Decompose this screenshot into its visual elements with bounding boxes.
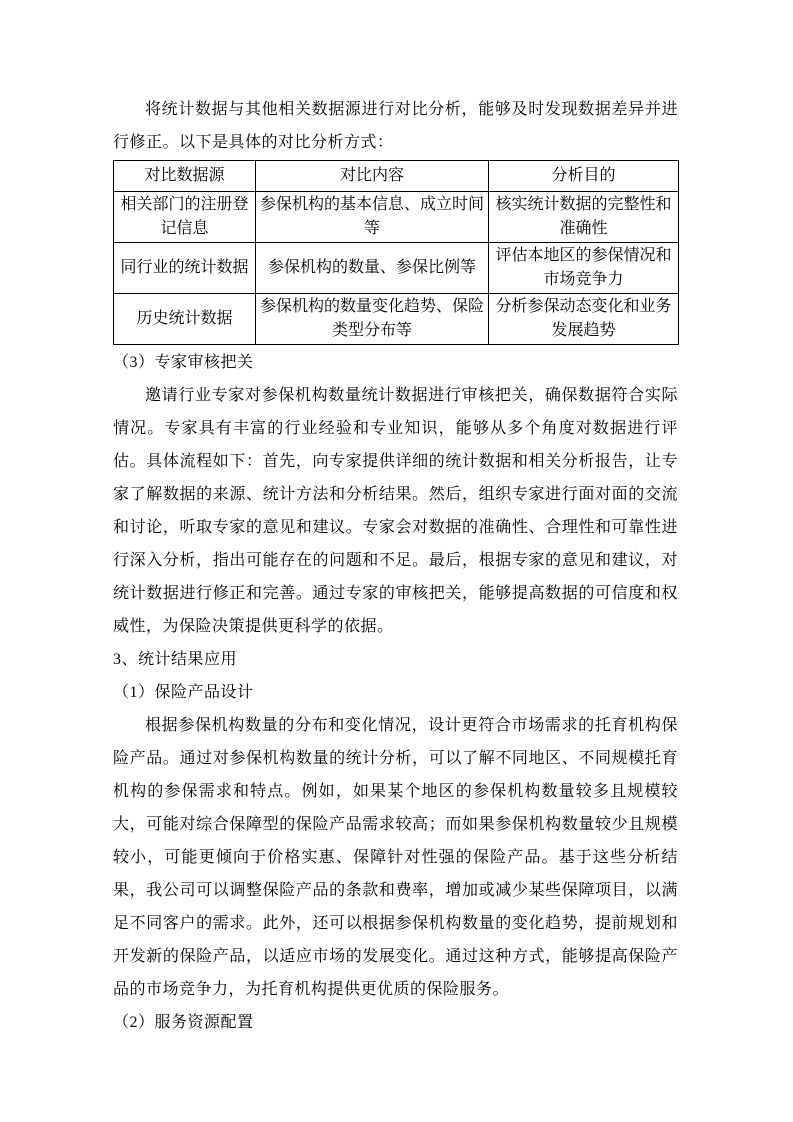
section-heading-product-design: （1）保险产品设计 bbox=[113, 676, 678, 709]
section-heading-expert-review: （3）专家审核把关 bbox=[113, 346, 678, 379]
table-cell: 核实统计数据的完整性和准确性 bbox=[489, 192, 679, 243]
table-cell: 参保机构的数量、参保比例等 bbox=[256, 243, 489, 294]
table-header-content: 对比内容 bbox=[256, 161, 489, 192]
table-cell: 同行业的统计数据 bbox=[114, 243, 256, 294]
table-cell: 相关部门的注册登记信息 bbox=[114, 192, 256, 243]
comparison-table: 对比数据源 对比内容 分析目的 相关部门的注册登记信息 参保机构的基本信息、成立… bbox=[113, 160, 679, 345]
table-cell: 评估本地区的参保情况和市场竞争力 bbox=[489, 243, 679, 294]
table-cell: 分析参保动态变化和业务发展趋势 bbox=[489, 294, 679, 345]
section-heading-results-application: 3、统计结果应用 bbox=[113, 643, 678, 676]
table-row: 相关部门的注册登记信息 参保机构的基本信息、成立时间等 核实统计数据的完整性和准… bbox=[114, 192, 679, 243]
table-header-source: 对比数据源 bbox=[114, 161, 256, 192]
table-row: 同行业的统计数据 参保机构的数量、参保比例等 评估本地区的参保情况和市场竞争力 bbox=[114, 243, 679, 294]
paragraph-product-design: 根据参保机构数量的分布和变化情况，设计更符合市场需求的托育机构保险产品。通过对参… bbox=[113, 709, 678, 1006]
table-header-purpose: 分析目的 bbox=[489, 161, 679, 192]
table-row: 历史统计数据 参保机构的数量变化趋势、保险类型分布等 分析参保动态变化和业务发展… bbox=[114, 294, 679, 345]
table-cell: 参保机构的数量变化趋势、保险类型分布等 bbox=[256, 294, 489, 345]
table-cell: 参保机构的基本信息、成立时间等 bbox=[256, 192, 489, 243]
document-page: 将统计数据与其他相关数据源进行对比分析，能够及时发现数据差异并进行修正。以下是具… bbox=[0, 0, 793, 1122]
intro-paragraph: 将统计数据与其他相关数据源进行对比分析，能够及时发现数据差异并进行修正。以下是具… bbox=[113, 93, 678, 159]
section-heading-resource-allocation: （2）服务资源配置 bbox=[113, 1006, 678, 1039]
paragraph-expert-review: 邀请行业专家对参保机构数量统计数据进行审核把关，确保数据符合实际情况。专家具有丰… bbox=[113, 379, 678, 643]
table-cell: 历史统计数据 bbox=[114, 294, 256, 345]
table-header-row: 对比数据源 对比内容 分析目的 bbox=[114, 161, 679, 192]
